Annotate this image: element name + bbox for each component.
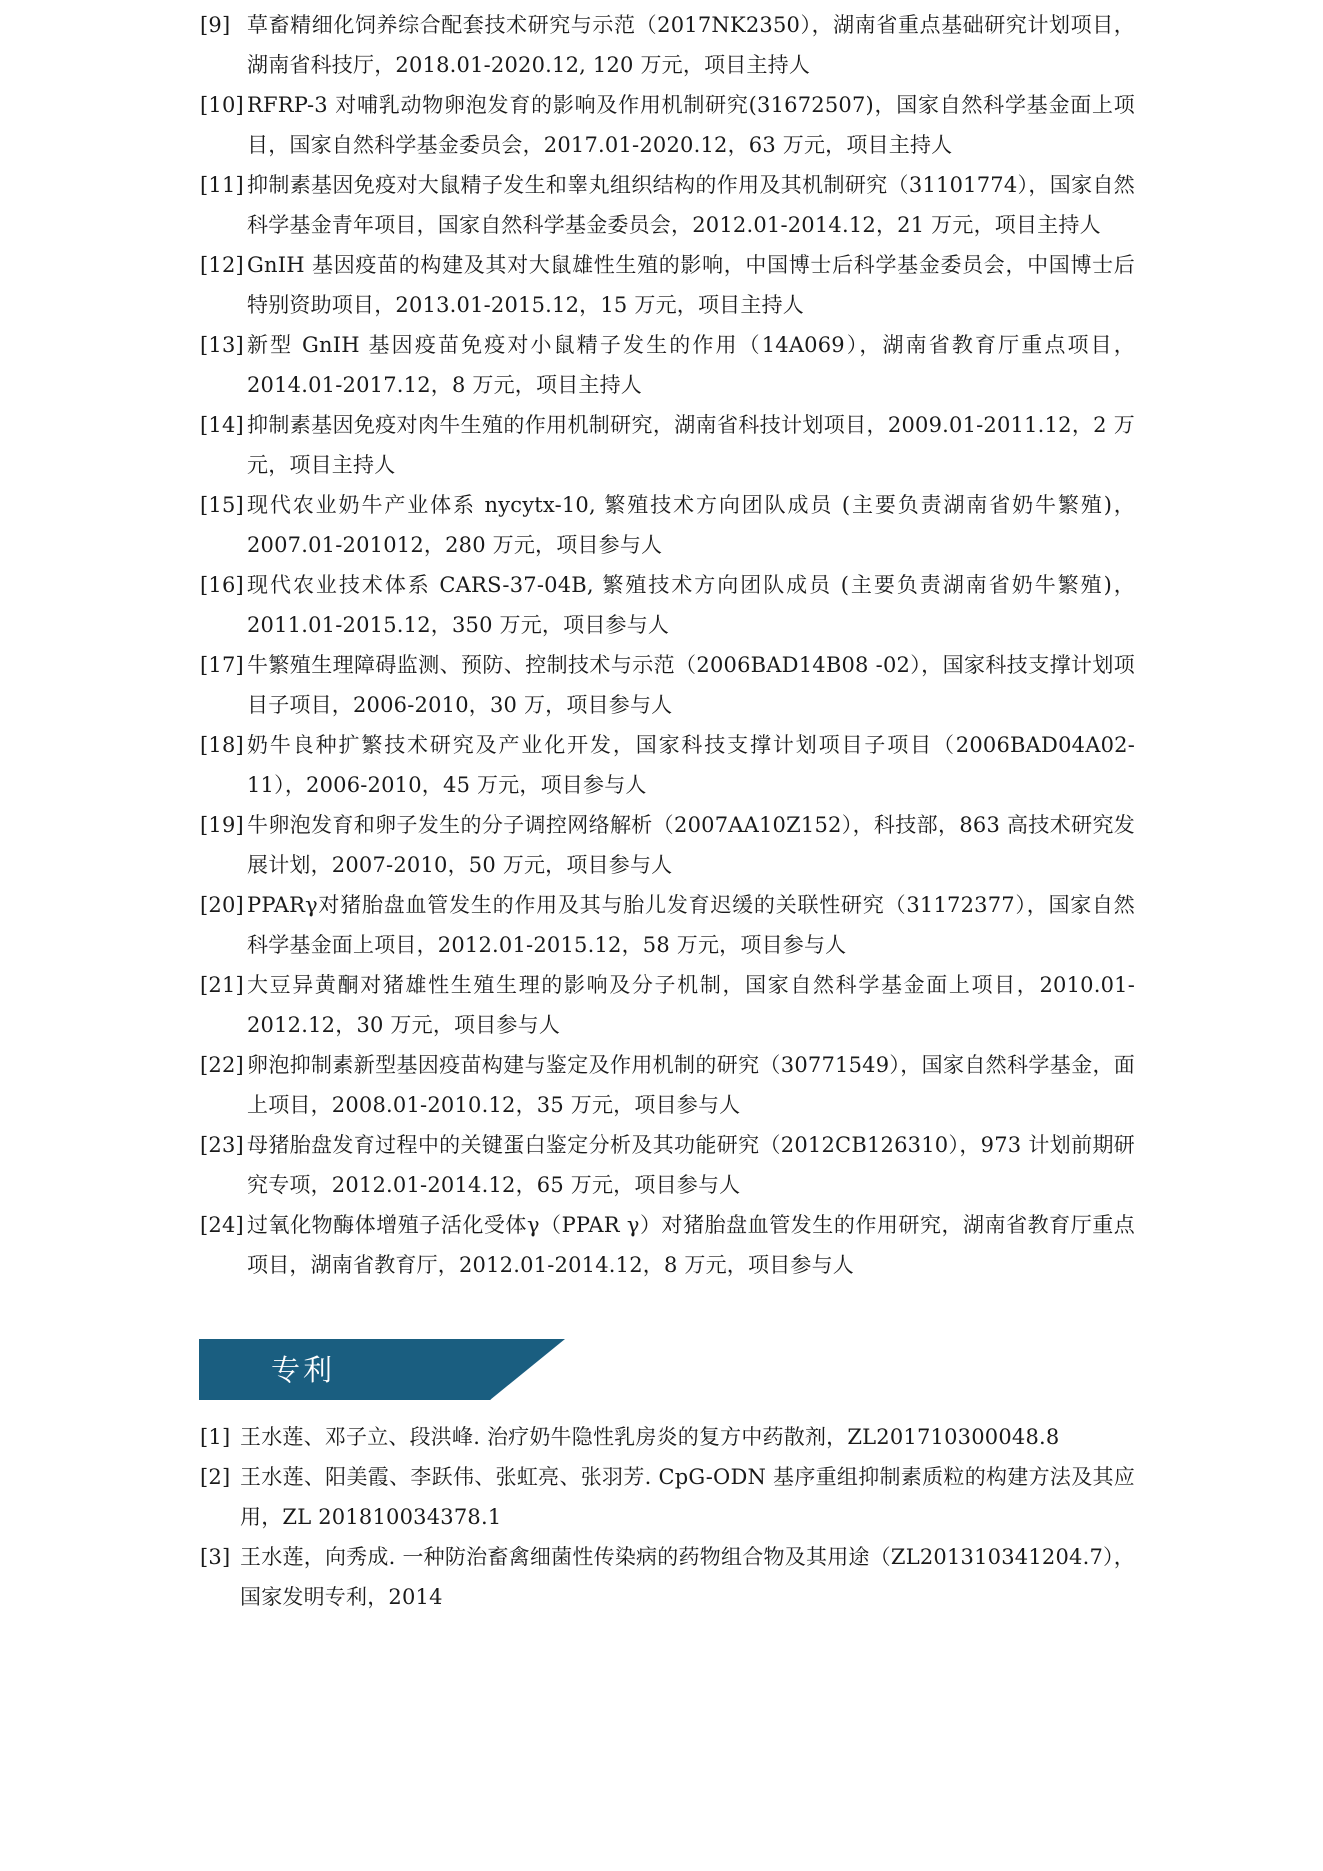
project-item: [12]GnIH 基因疫苗的构建及其对大鼠雄性生殖的影响，中国博士后科学基金委员… [200,245,1135,325]
project-item: [22]卵泡抑制素新型基因疫苗构建与鉴定及作用机制的研究（30771549），国… [200,1045,1135,1125]
item-number: [15] [200,485,244,525]
item-text: 草畜精细化饲养综合配套技术研究与示范（2017NK2350），湖南省重点基础研究… [247,13,1135,77]
project-item: [11]抑制素基因免疫对大鼠精子发生和睾丸组织结构的作用及其机制研究（31101… [200,165,1135,245]
item-number: [13] [200,325,244,365]
section-banner-patents: 专利 [199,1339,565,1400]
item-text: 王水莲、邓子立、段洪峰. 治疗奶牛隐性乳房炎的复方中药散剂，ZL20171030… [240,1425,1059,1449]
item-number: [14] [200,405,244,445]
project-item: [17]牛繁殖生理障碍监测、预防、控制技术与示范（2006BAD14B08 -0… [200,645,1135,725]
item-number: [20] [200,885,244,925]
item-number: [24] [200,1205,244,1245]
item-number: [18] [200,725,244,765]
item-number: [1] [200,1417,230,1457]
item-text: 母猪胎盘发育过程中的关键蛋白鉴定分析及其功能研究（2012CB126310），9… [247,1133,1135,1197]
project-item: [9]草畜精细化饲养综合配套技术研究与示范（2017NK2350），湖南省重点基… [200,5,1135,85]
item-text: 卵泡抑制素新型基因疫苗构建与鉴定及作用机制的研究（30771549），国家自然科… [247,1053,1135,1117]
item-text: 新型 GnIH 基因疫苗免疫对小鼠精子发生的作用（14A069），湖南省教育厅重… [247,333,1135,397]
item-text: GnIH 基因疫苗的构建及其对大鼠雄性生殖的影响，中国博士后科学基金委员会，中国… [247,253,1135,317]
item-text: PPARγ对猪胎盘血管发生的作用及其与胎儿发育迟缓的关联性研究（31172377… [247,893,1135,957]
item-text: 现代农业奶牛产业体系 nycytx-10, 繁殖技术方向团队成员 (主要负责湖南… [247,493,1135,557]
item-number: [21] [200,965,244,1005]
item-text: 王水莲，向秀成. 一种防治畜禽细菌性传染病的药物组合物及其用途（ZL201310… [240,1545,1135,1609]
item-number: [19] [200,805,244,845]
project-item: [16]现代农业技术体系 CARS-37-04B, 繁殖技术方向团队成员 (主要… [200,565,1135,645]
item-text: 大豆异黄酮对猪雄性生殖生理的影响及分子机制，国家自然科学基金面上项目，2010.… [247,973,1135,1037]
project-item: [23]母猪胎盘发育过程中的关键蛋白鉴定分析及其功能研究（2012CB12631… [200,1125,1135,1205]
item-number: [22] [200,1045,244,1085]
project-item: [19]牛卵泡发育和卵子发生的分子调控网络解析（2007AA10Z152），科技… [200,805,1135,885]
project-item: [24]过氧化物酶体增殖子活化受体γ（PPAR γ）对猪胎盘血管发生的作用研究，… [200,1205,1135,1285]
project-item: [13]新型 GnIH 基因疫苗免疫对小鼠精子发生的作用（14A069），湖南省… [200,325,1135,405]
item-text: 过氧化物酶体增殖子活化受体γ（PPAR γ）对猪胎盘血管发生的作用研究，湖南省教… [247,1213,1135,1277]
item-number: [11] [200,165,244,205]
project-item: [21]大豆异黄酮对猪雄性生殖生理的影响及分子机制，国家自然科学基金面上项目，2… [200,965,1135,1045]
item-number: [17] [200,645,244,685]
item-number: [2] [200,1457,230,1497]
item-text: 牛繁殖生理障碍监测、预防、控制技术与示范（2006BAD14B08 -02），国… [247,653,1135,717]
project-item: [18]奶牛良种扩繁技术研究及产业化开发，国家科技支撑计划项目子项目（2006B… [200,725,1135,805]
item-number: [16] [200,565,244,605]
item-text: 奶牛良种扩繁技术研究及产业化开发，国家科技支撑计划项目子项目（2006BAD04… [247,733,1135,797]
item-text: 抑制素基因免疫对肉牛生殖的作用机制研究，湖南省科技计划项目，2009.01-20… [247,413,1135,477]
item-text: 牛卵泡发育和卵子发生的分子调控网络解析（2007AA10Z152），科技部，86… [247,813,1135,877]
document-page: [9]草畜精细化饲养综合配套技术研究与示范（2017NK2350），湖南省重点基… [0,0,1323,1871]
patent-item: [1]王水莲、邓子立、段洪峰. 治疗奶牛隐性乳房炎的复方中药散剂，ZL20171… [200,1417,1135,1457]
project-list: [9]草畜精细化饲养综合配套技术研究与示范（2017NK2350），湖南省重点基… [200,5,1135,1285]
section-title: 专利 [271,1348,335,1389]
project-item: [10]RFRP-3 对哺乳动物卵泡发育的影响及作用机制研究(31672507)… [200,85,1135,165]
item-number: [23] [200,1125,244,1165]
item-number: [10] [200,85,244,125]
item-text: 现代农业技术体系 CARS-37-04B, 繁殖技术方向团队成员 (主要负责湖南… [247,573,1135,637]
item-number: [12] [200,245,244,285]
item-number: [9] [200,5,230,45]
item-text: RFRP-3 对哺乳动物卵泡发育的影响及作用机制研究(31672507)，国家自… [247,93,1135,157]
item-number: [3] [200,1537,230,1577]
project-item: [15]现代农业奶牛产业体系 nycytx-10, 繁殖技术方向团队成员 (主要… [200,485,1135,565]
project-item: [14]抑制素基因免疫对肉牛生殖的作用机制研究，湖南省科技计划项目，2009.0… [200,405,1135,485]
patent-list: [1]王水莲、邓子立、段洪峰. 治疗奶牛隐性乳房炎的复方中药散剂，ZL20171… [200,1417,1135,1617]
project-item: [20]PPARγ对猪胎盘血管发生的作用及其与胎儿发育迟缓的关联性研究（3117… [200,885,1135,965]
item-text: 王水莲、阳美霞、李跃伟、张虹亮、张羽芳. CpG-ODN 基序重组抑制素质粒的构… [240,1465,1135,1529]
patent-item: [3]王水莲，向秀成. 一种防治畜禽细菌性传染病的药物组合物及其用途（ZL201… [200,1537,1135,1617]
item-text: 抑制素基因免疫对大鼠精子发生和睾丸组织结构的作用及其机制研究（31101774）… [247,173,1135,237]
patent-item: [2]王水莲、阳美霞、李跃伟、张虹亮、张羽芳. CpG-ODN 基序重组抑制素质… [200,1457,1135,1537]
